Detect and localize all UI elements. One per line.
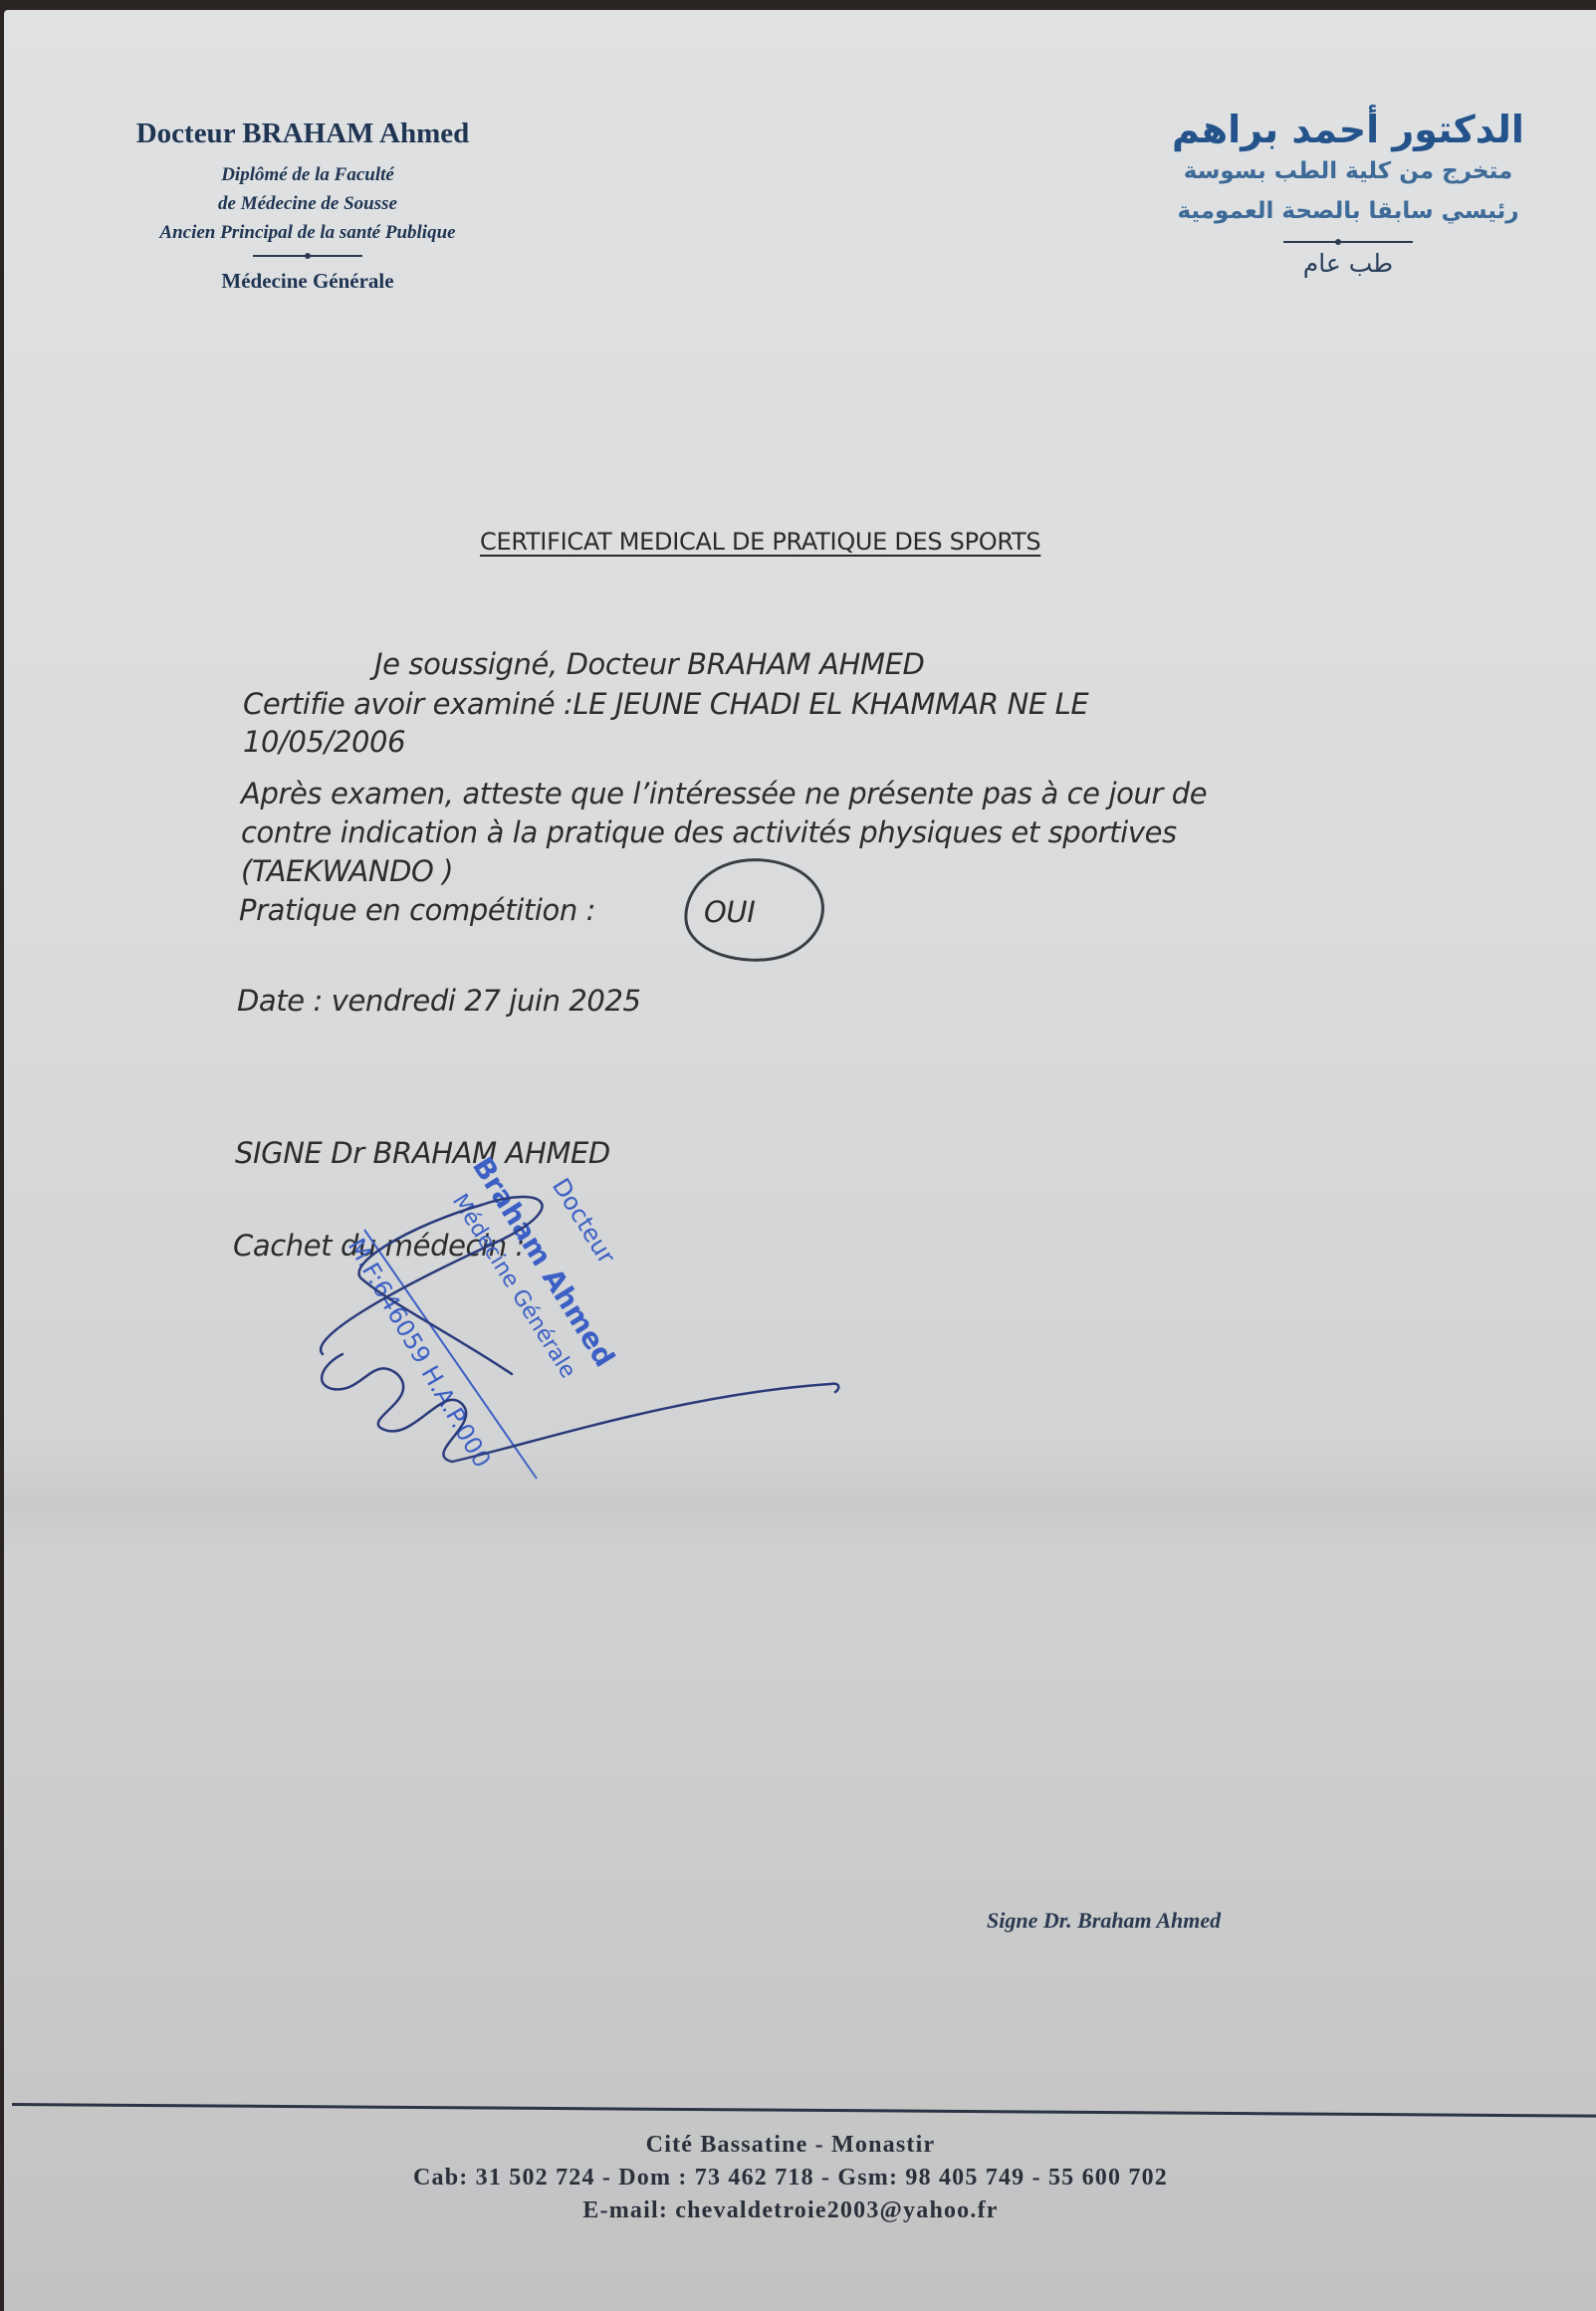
certificate-page: Docteur BRAHAM Ahmed Diplômé de la Facul… [4,10,1596,2311]
footer-divider [12,2103,1596,2118]
date-line: Date : vendredi 27 juin 2025 [237,984,641,1018]
specialty-ar: طب عام [1149,249,1547,278]
letterhead-french: Docteur BRAHAM Ahmed Diplômé de la Facul… [104,117,512,294]
credential-line: Ancien Principal de la santé Publique [104,218,512,247]
statement-line: contre indication à la pratique des acti… [241,815,1177,849]
doctor-stamp-and-signature: Docteur Braham Ahmed Médecine Générale M… [303,1145,860,1503]
footer-address: Cité Bassatine - Monastir [293,2129,1288,2162]
credential-line: Diplômé de la Faculté [104,160,512,189]
statement-line: Après examen, atteste que l’intéressée n… [241,777,1207,810]
ornament-divider [253,255,362,257]
credential-line: de Médecine de Sousse [104,189,512,218]
statement-line: (TAEKWANDO ) [241,854,453,888]
specialty-fr: Médecine Générale [104,269,512,294]
statement-line: Je soussigné, Docteur BRAHAM AHMED [374,647,924,681]
competition-label: Pratique en compétition : [239,893,595,927]
document-title: CERTIFICAT MEDICAL DE PRATIQUE DES SPORT… [480,528,1040,556]
credential-line-ar: متخرج من كلية الطب بسوسة [1149,151,1547,191]
doctor-name-fr: Docteur BRAHAM Ahmed [94,117,512,150]
statement-line: 10/05/2006 [243,725,405,759]
signature-caption: Signe Dr. Braham Ahmed [987,1908,1221,1934]
statement-line: Certifie avoir examiné :LE JEUNE CHADI E… [243,687,1088,721]
letterhead-arabic: الدكتور أحمد براهم متخرج من كلية الطب بس… [1149,108,1547,278]
footer-email: E-mail: chevaldetroie2003@yahoo.fr [293,2195,1288,2227]
ornament-divider [1283,241,1413,243]
doctor-name-ar: الدكتور أحمد براهم [1149,108,1547,151]
credential-line-ar: رئيسي سابقا بالصحة العمومية [1149,191,1547,231]
footer-contact: Cité Bassatine - Monastir Cab: 31 502 72… [293,2129,1288,2227]
stamp-text: M.F:646059 H.A.P.000 [342,1234,497,1473]
handwritten-circle [681,853,828,967]
footer-phones: Cab: 31 502 724 - Dom : 73 462 718 - Gsm… [293,2162,1288,2195]
